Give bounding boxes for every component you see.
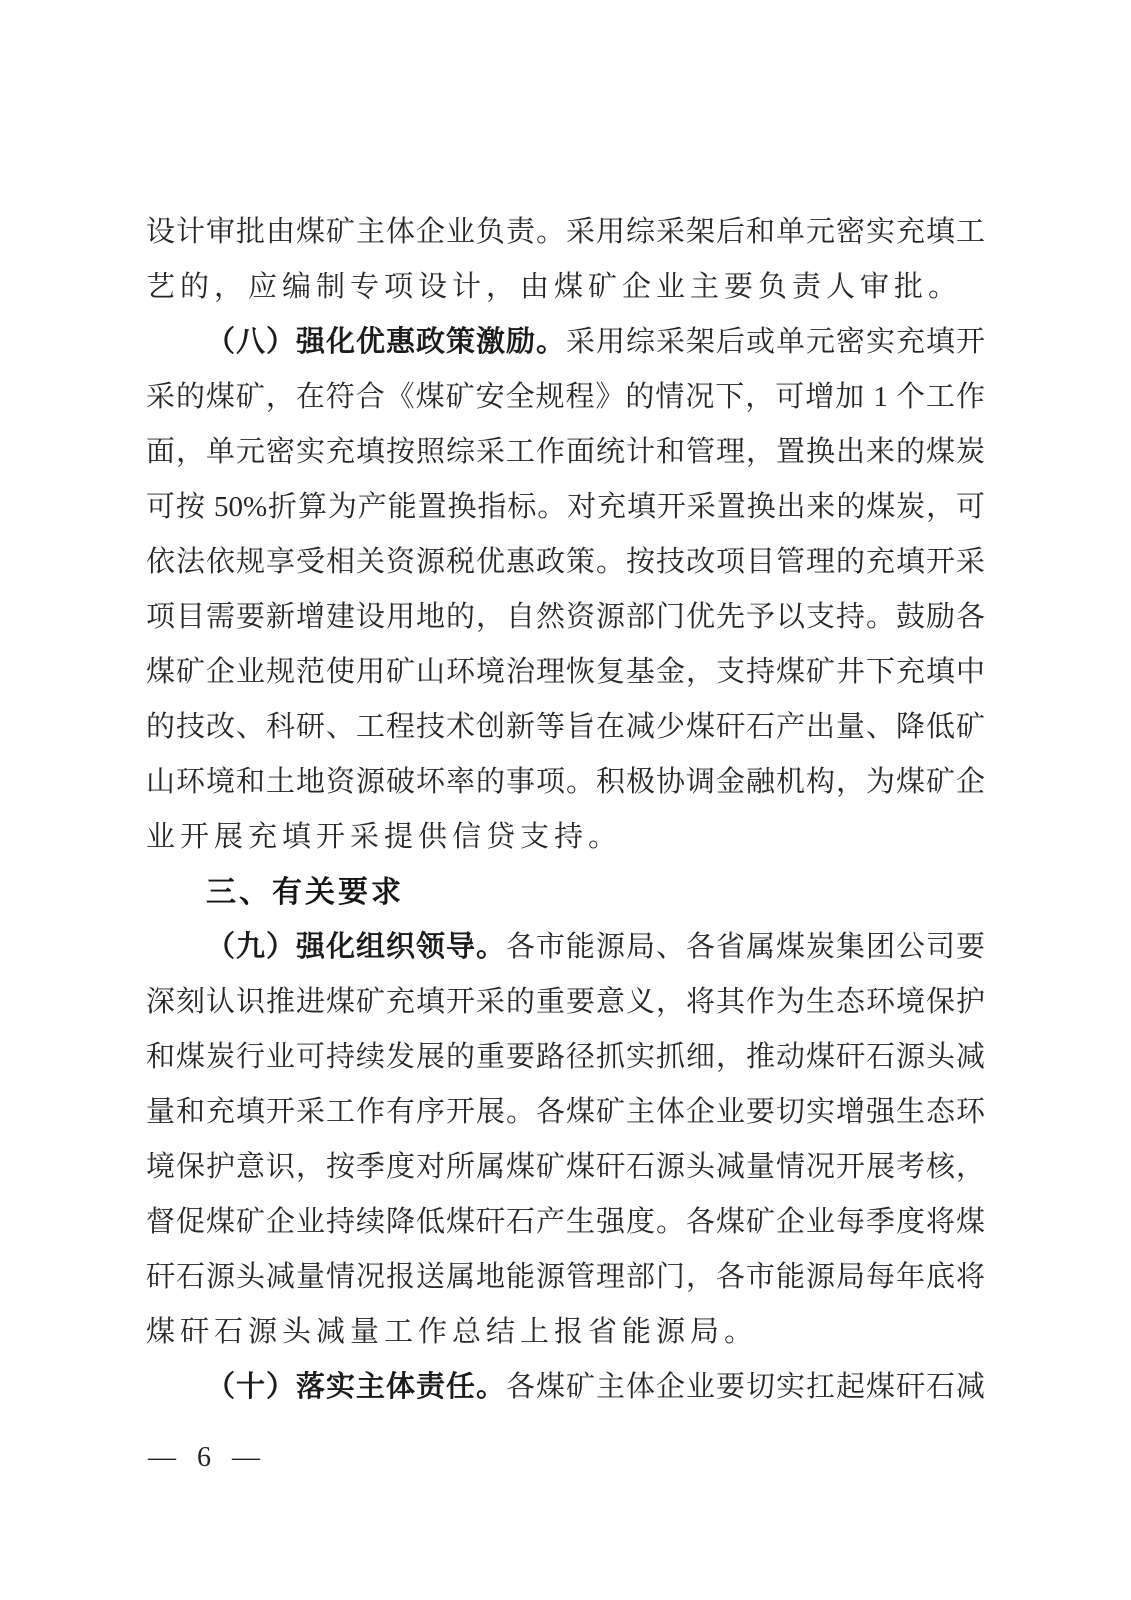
text-line: 业开展充填开采提供信贷支持。 <box>146 810 985 865</box>
text-line: 深刻认识推进煤矿充填开采的重要意义，将其作为生态环境保护 <box>146 975 985 1030</box>
clause-8-lead-line: （八）强化优惠政策激励。采用综采架后或单元密实充填开 <box>146 315 985 370</box>
text-line: 面，单元密实充填按照综采工作面统计和管理，置换出来的煤炭 <box>146 425 985 480</box>
text-segment: 各市能源局、各省属煤炭集团公司要 <box>506 931 985 963</box>
text-line: 山环境和土地资源破坏率的事项。积极协调金融机构，为煤矿企 <box>146 755 985 810</box>
section-heading: 三、有关要求 <box>146 865 985 920</box>
clause-10-lead-line: （十）落实主体责任。各煤矿主体企业要切实扛起煤矸石减 <box>146 1360 985 1415</box>
text-line: 设计审批由煤矿主体企业负责。采用综采架后和单元密实充填工 <box>146 205 985 260</box>
text-line: 督促煤矿企业持续降低煤矸石产生强度。各煤矿企业每季度将煤 <box>146 1195 985 1250</box>
text-line: 和煤炭行业可持续发展的重要路径抓实抓细，推动煤矸石源头减 <box>146 1030 985 1085</box>
text-line: 煤矸石源头减量工作总结上报省能源局。 <box>146 1305 985 1360</box>
text-line: 的技改、科研、工程技术创新等旨在减少煤矸石产出量、降低矿 <box>146 700 985 755</box>
text-line: 煤矿企业规范使用矿山环境治理恢复基金，支持煤矿井下充填中 <box>146 645 985 700</box>
text-line: 矸石源头减量情况报送属地能源管理部门，各市能源局每年底将 <box>146 1250 985 1305</box>
text-segment: 各煤矿主体企业要切实扛起煤矸石减 <box>506 1371 985 1403</box>
document-body: 设计审批由煤矿主体企业负责。采用综采架后和单元密实充填工 艺的，应编制专项设计，… <box>146 205 985 1415</box>
clause-8-label: （八）强化优惠政策激励。 <box>206 326 566 358</box>
text-segment: 采用综采架后或单元密实充填开 <box>566 326 985 358</box>
text-line: 可按 50%折算为产能置换指标。对充填开采置换出来的煤炭，可 <box>146 480 985 535</box>
text-line: 境保护意识，按季度对所属煤矿煤矸石源头减量情况开展考核， <box>146 1140 985 1195</box>
document-page: 设计审批由煤矿主体企业负责。采用综采架后和单元密实充填工 艺的，应编制专项设计，… <box>0 0 1131 1600</box>
clause-9-lead-line: （九）强化组织领导。各市能源局、各省属煤炭集团公司要 <box>146 920 985 975</box>
clause-9-label: （九）强化组织领导。 <box>206 931 506 963</box>
text-line: 量和充填开采工作有序开展。各煤矿主体企业要切实增强生态环 <box>146 1085 985 1140</box>
page-number: — 6 — <box>146 1441 985 1475</box>
text-line: 采的煤矿，在符合《煤矿安全规程》的情况下，可增加 1 个工作 <box>146 370 985 425</box>
clause-10-label: （十）落实主体责任。 <box>206 1371 506 1403</box>
text-line: 项目需要新增建设用地的，自然资源部门优先予以支持。鼓励各 <box>146 590 985 645</box>
text-line: 依法依规享受相关资源税优惠政策。按技改项目管理的充填开采 <box>146 535 985 590</box>
text-line: 艺的，应编制专项设计，由煤矿企业主要负责人审批。 <box>146 260 985 315</box>
